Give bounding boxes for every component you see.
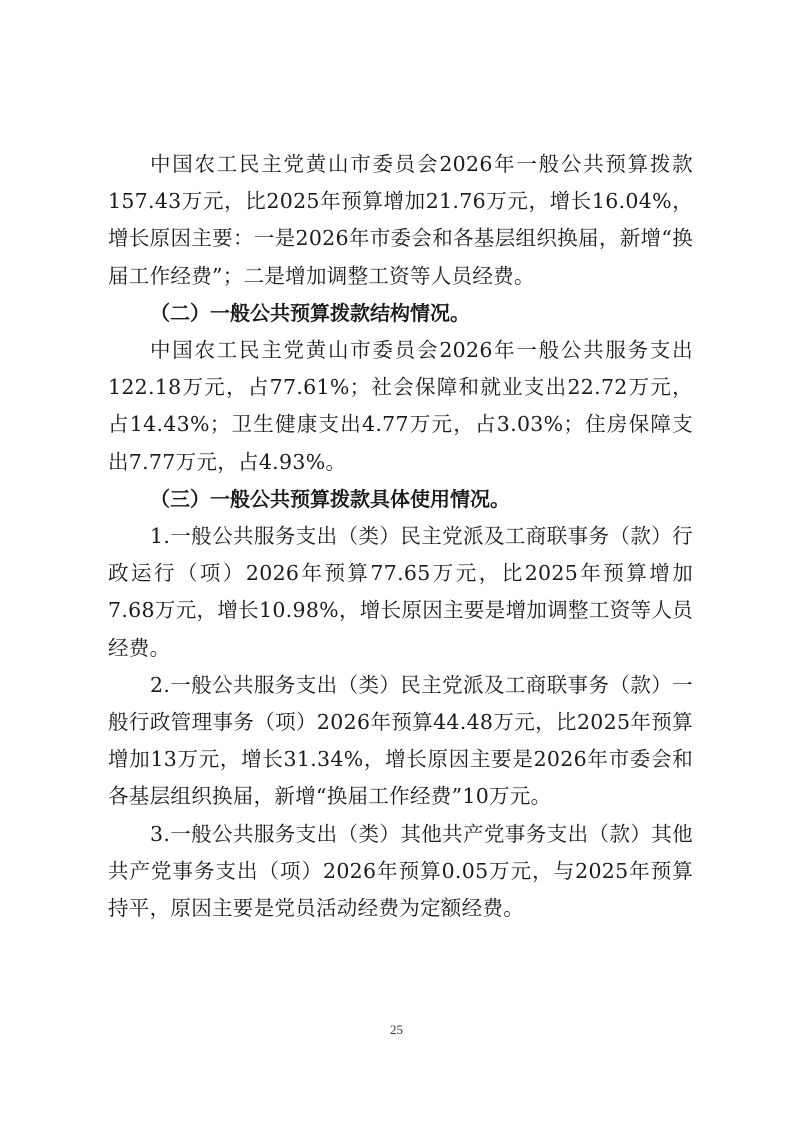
paragraph-usage-item-1: 1.一般公共服务支出（类）民主党派及工商联事务（款）行政运行（项）2026年预算… xyxy=(108,518,693,667)
document-body: 中国农工民主党黄山市委员会2026年一般公共预算拨款157.43万元，比2025… xyxy=(108,146,693,927)
paragraph-usage-item-2: 2.一般公共服务支出（类）民主党派及工商联事务（款）一般行政管理事务（项）202… xyxy=(108,667,693,816)
paragraph-budget-structure: 中国农工民主党黄山市委员会2026年一般公共服务支出122.18万元，占77.6… xyxy=(108,332,693,481)
paragraph-usage-item-3: 3.一般公共服务支出（类）其他共产党事务支出（款）其他共产党事务支出（项）202… xyxy=(108,816,693,928)
paragraph-budget-summary: 中国农工民主党黄山市委员会2026年一般公共预算拨款157.43万元，比2025… xyxy=(108,146,693,295)
page-number: 25 xyxy=(0,1022,793,1038)
section-heading-usage: （三）一般公共预算拨款具体使用情况。 xyxy=(108,481,693,518)
section-heading-structure: （二）一般公共预算拨款结构情况。 xyxy=(108,295,693,332)
